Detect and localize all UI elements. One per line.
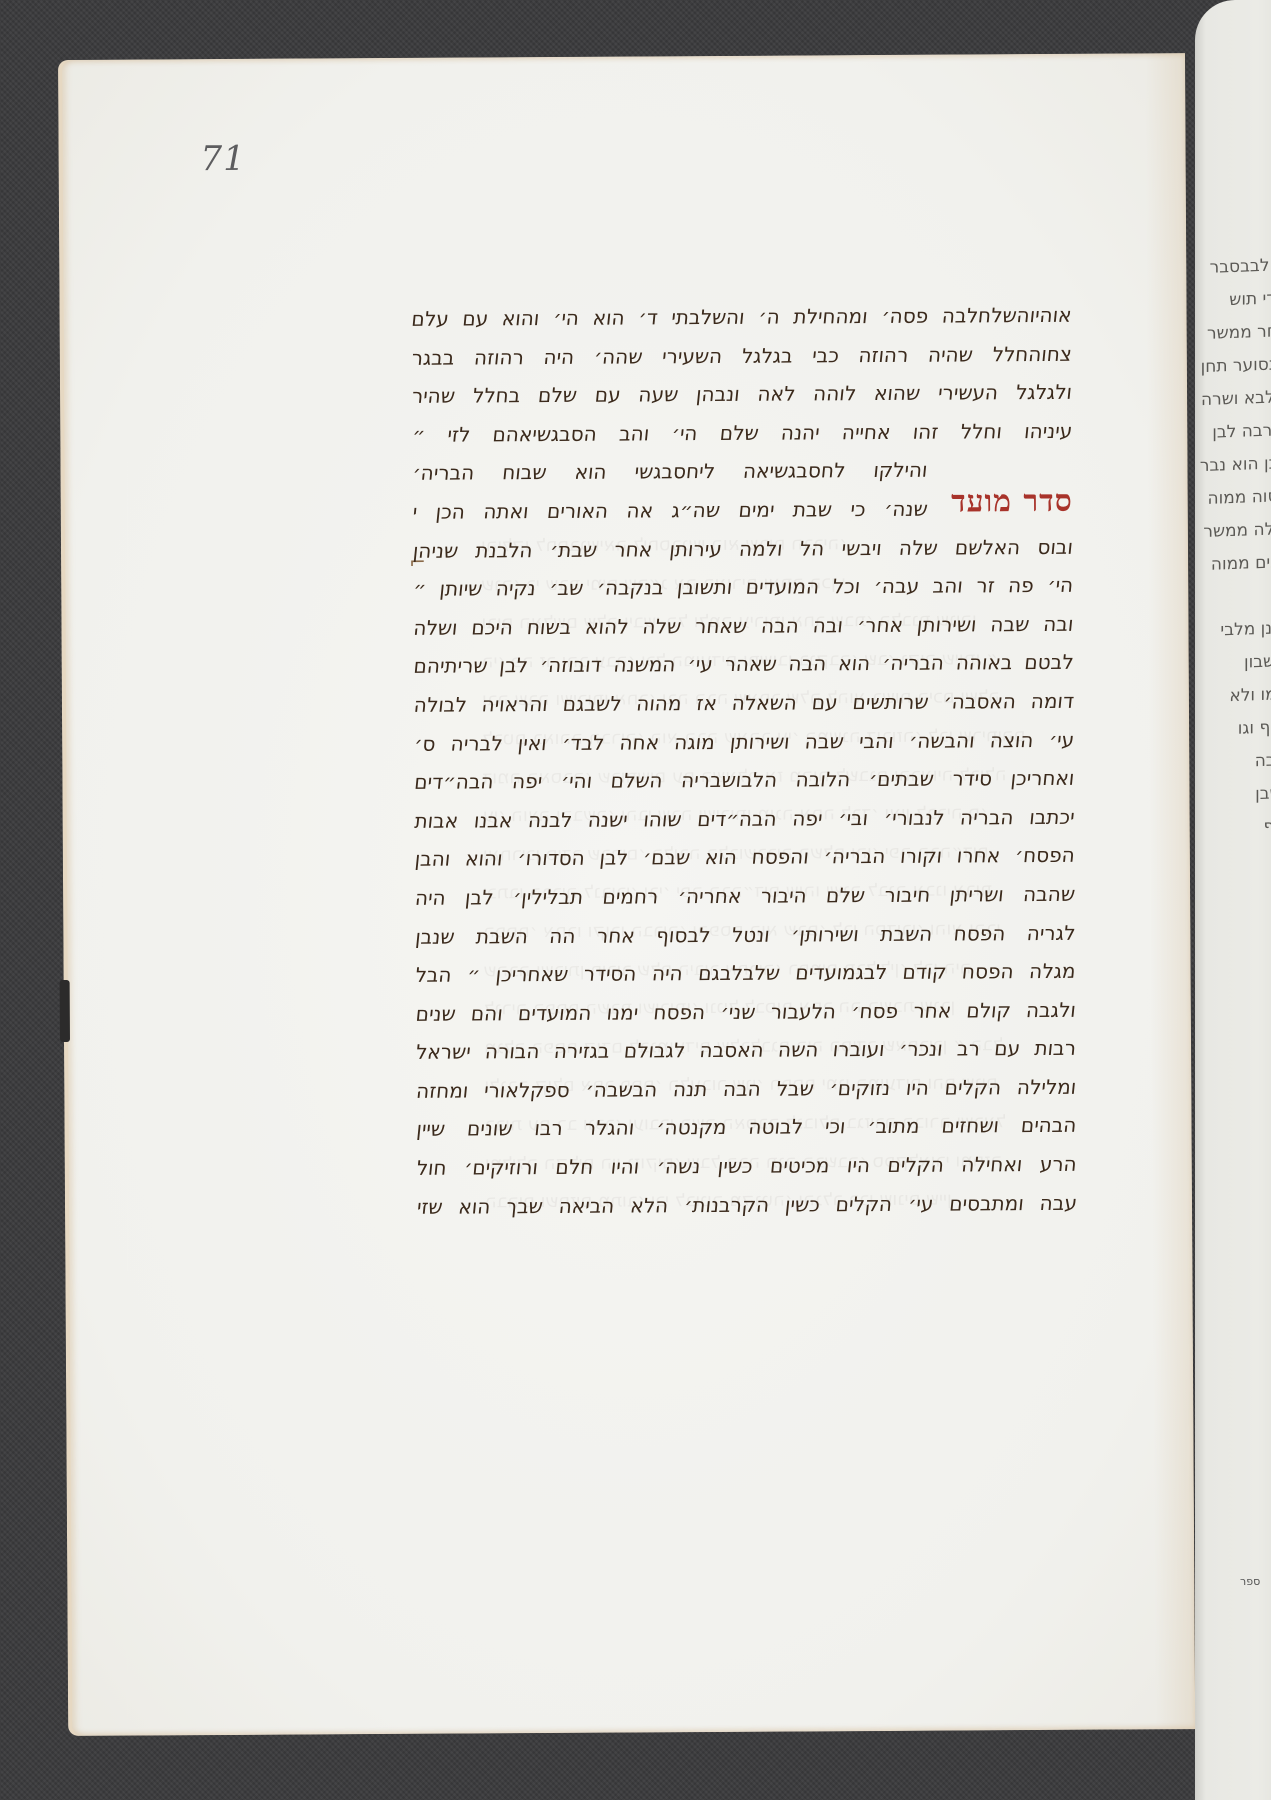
facing-page-line: ובה סוף (1201, 809, 1271, 846)
text-line: עבה ומתבסים עי׳ הקלים כשין הקרבנות׳ הלא … (415, 1183, 1079, 1226)
facing-page-line: ברחוס לבבסבר (1201, 248, 1271, 285)
text-line: שנה׳ כי שבת ימים שה״ג אה האורים ואתה הכן… (411, 489, 1075, 532)
text-line: ובוס האלשם שלה ויבשי הל ולמה עירותן אחר … (411, 527, 1075, 570)
binding-thread-mark (60, 980, 70, 1042)
text-line: רבות עם רב ונכר׳ ועוברו השה האסבה לגבולם… (414, 1029, 1078, 1072)
text-line: דומה האסבה׳ שרותשים עם השאלה אז מהוה לשב… (412, 682, 1076, 725)
facing-page-text: ברחוס לבבסברוכן שלדי תוששבי קחר ממשרושבי… (1201, 248, 1271, 912)
folio-number: 71 (200, 139, 246, 179)
text-line: הבהים ושחזים מתוב׳ וכי לבוטה מקנטה׳ והגל… (415, 1106, 1079, 1149)
facing-page-line: ושבי לנסוער תחן (1201, 347, 1271, 384)
facing-page-line: ובי סלמו ולא (1201, 677, 1271, 714)
facing-page-line: הזן לבן (1201, 578, 1271, 615)
facing-page-line: ובחז (1201, 842, 1271, 879)
facing-page-line: ועוזי סוף וגו (1201, 710, 1271, 747)
text-line: יכתבו הבריה לנבורי׳ ובי׳ יפה הבה״דים שוה… (413, 798, 1077, 841)
facing-page-line: וכן שלדי תוש (1201, 281, 1271, 318)
text-line: מגלה הפסח קודם לבגמועדים שלבלבגם היה הסי… (414, 952, 1078, 995)
text-line: ולגבה קולם אחר פסח׳ הלעבור שני׳ הפסח ימנ… (414, 990, 1078, 1033)
text-line: ובה שבה ושירותן אחר׳ ובה הבה שאחר שלה לה… (412, 605, 1076, 648)
facing-page-line: ופרט ושבון (1201, 644, 1271, 681)
text-line: והילקו לחסבגשיאה ליחסבגשי הוא שבוח הבריה… (411, 450, 1075, 493)
text-line: ואחריכן סידר שבתים׳ הלובה הלבושבריה השלם… (413, 759, 1077, 802)
facing-page-line: ובה מבן הוא נבר (1201, 446, 1271, 483)
text-line: שהבה ושריתן חיבור שלם היבור אחריה׳ רחמים… (413, 875, 1077, 918)
text-line: עיניהו וחלל זהו אחייה יהנה שלם הי׳ והב ה… (410, 412, 1074, 455)
facing-page-mark: ספר (1240, 1575, 1260, 1588)
text-line: עי׳ הוצה והבשה׳ והבי שבה ושירותן מוגה אח… (412, 720, 1076, 763)
facing-page-line: ושבי לבה (1201, 743, 1271, 780)
main-text-block: סדר מועד אוהיוהשלחלבה פסה׳ ומהחילת ה׳ וה… (411, 296, 1077, 1226)
text-line: ומלילה הקלים היו נזוקים׳ שבל הבה תנה הבש… (414, 1068, 1078, 1111)
text-line: צחוהחלל שהיה רהוזה כבי בגלגל השעירי שהה׳… (410, 334, 1074, 377)
facing-page-line: וסבי ושבן (1201, 776, 1271, 813)
facing-page-line: לה ונחרבה לבן (1201, 413, 1271, 450)
text-line: לבטם באוהה הבריה׳ הוא הבה שאהר עי׳ המשנה… (412, 643, 1076, 686)
text-line: הי׳ פה זר והב עבה׳ וכל המועדים ותשובן בנ… (411, 566, 1075, 609)
text-line: הפסח׳ אחרו וקורו הבריה׳ והפסח הוא שבם׳ ל… (413, 836, 1077, 879)
facing-page-line: וחבי מלבא ושרה (1201, 380, 1271, 417)
facing-page-line: ובר רבנן מלבי (1201, 611, 1271, 648)
text-line: לגריה הפסח השבת ושירותן׳ ונטל לבסוף אחר … (413, 913, 1077, 956)
facing-page-line: ושבי סלה ממשר (1201, 512, 1271, 549)
facing-page-line: הון (1201, 875, 1271, 912)
page-gutter-shade (1145, 53, 1195, 1729)
text-line: אוהיוהשלחלבה פסה׳ ומהחילת ה׳ והשלבתי ד׳ … (410, 296, 1074, 339)
facing-page-line: ובמה סוה ממוה (1201, 479, 1271, 516)
facing-page-line: שבי קחר ממשר (1201, 314, 1271, 351)
facing-page-line: ובן לבנים ממוה (1201, 545, 1271, 582)
facing-page-edge: ברחוס לבבסברוכן שלדי תוששבי קחר ממשרושבי… (1195, 0, 1271, 1800)
manuscript-page: 71 והילקו לחסבגשיאה ליחסבגשי הוא שבוח הב… (58, 53, 1195, 1736)
text-line: הרע ואחילה הקלים היו מכיטים כשין נשה׳ וה… (415, 1145, 1079, 1188)
text-line: ולגלגל העשירי שהוא לוהה לאה ונבהן שעה עם… (410, 373, 1074, 416)
